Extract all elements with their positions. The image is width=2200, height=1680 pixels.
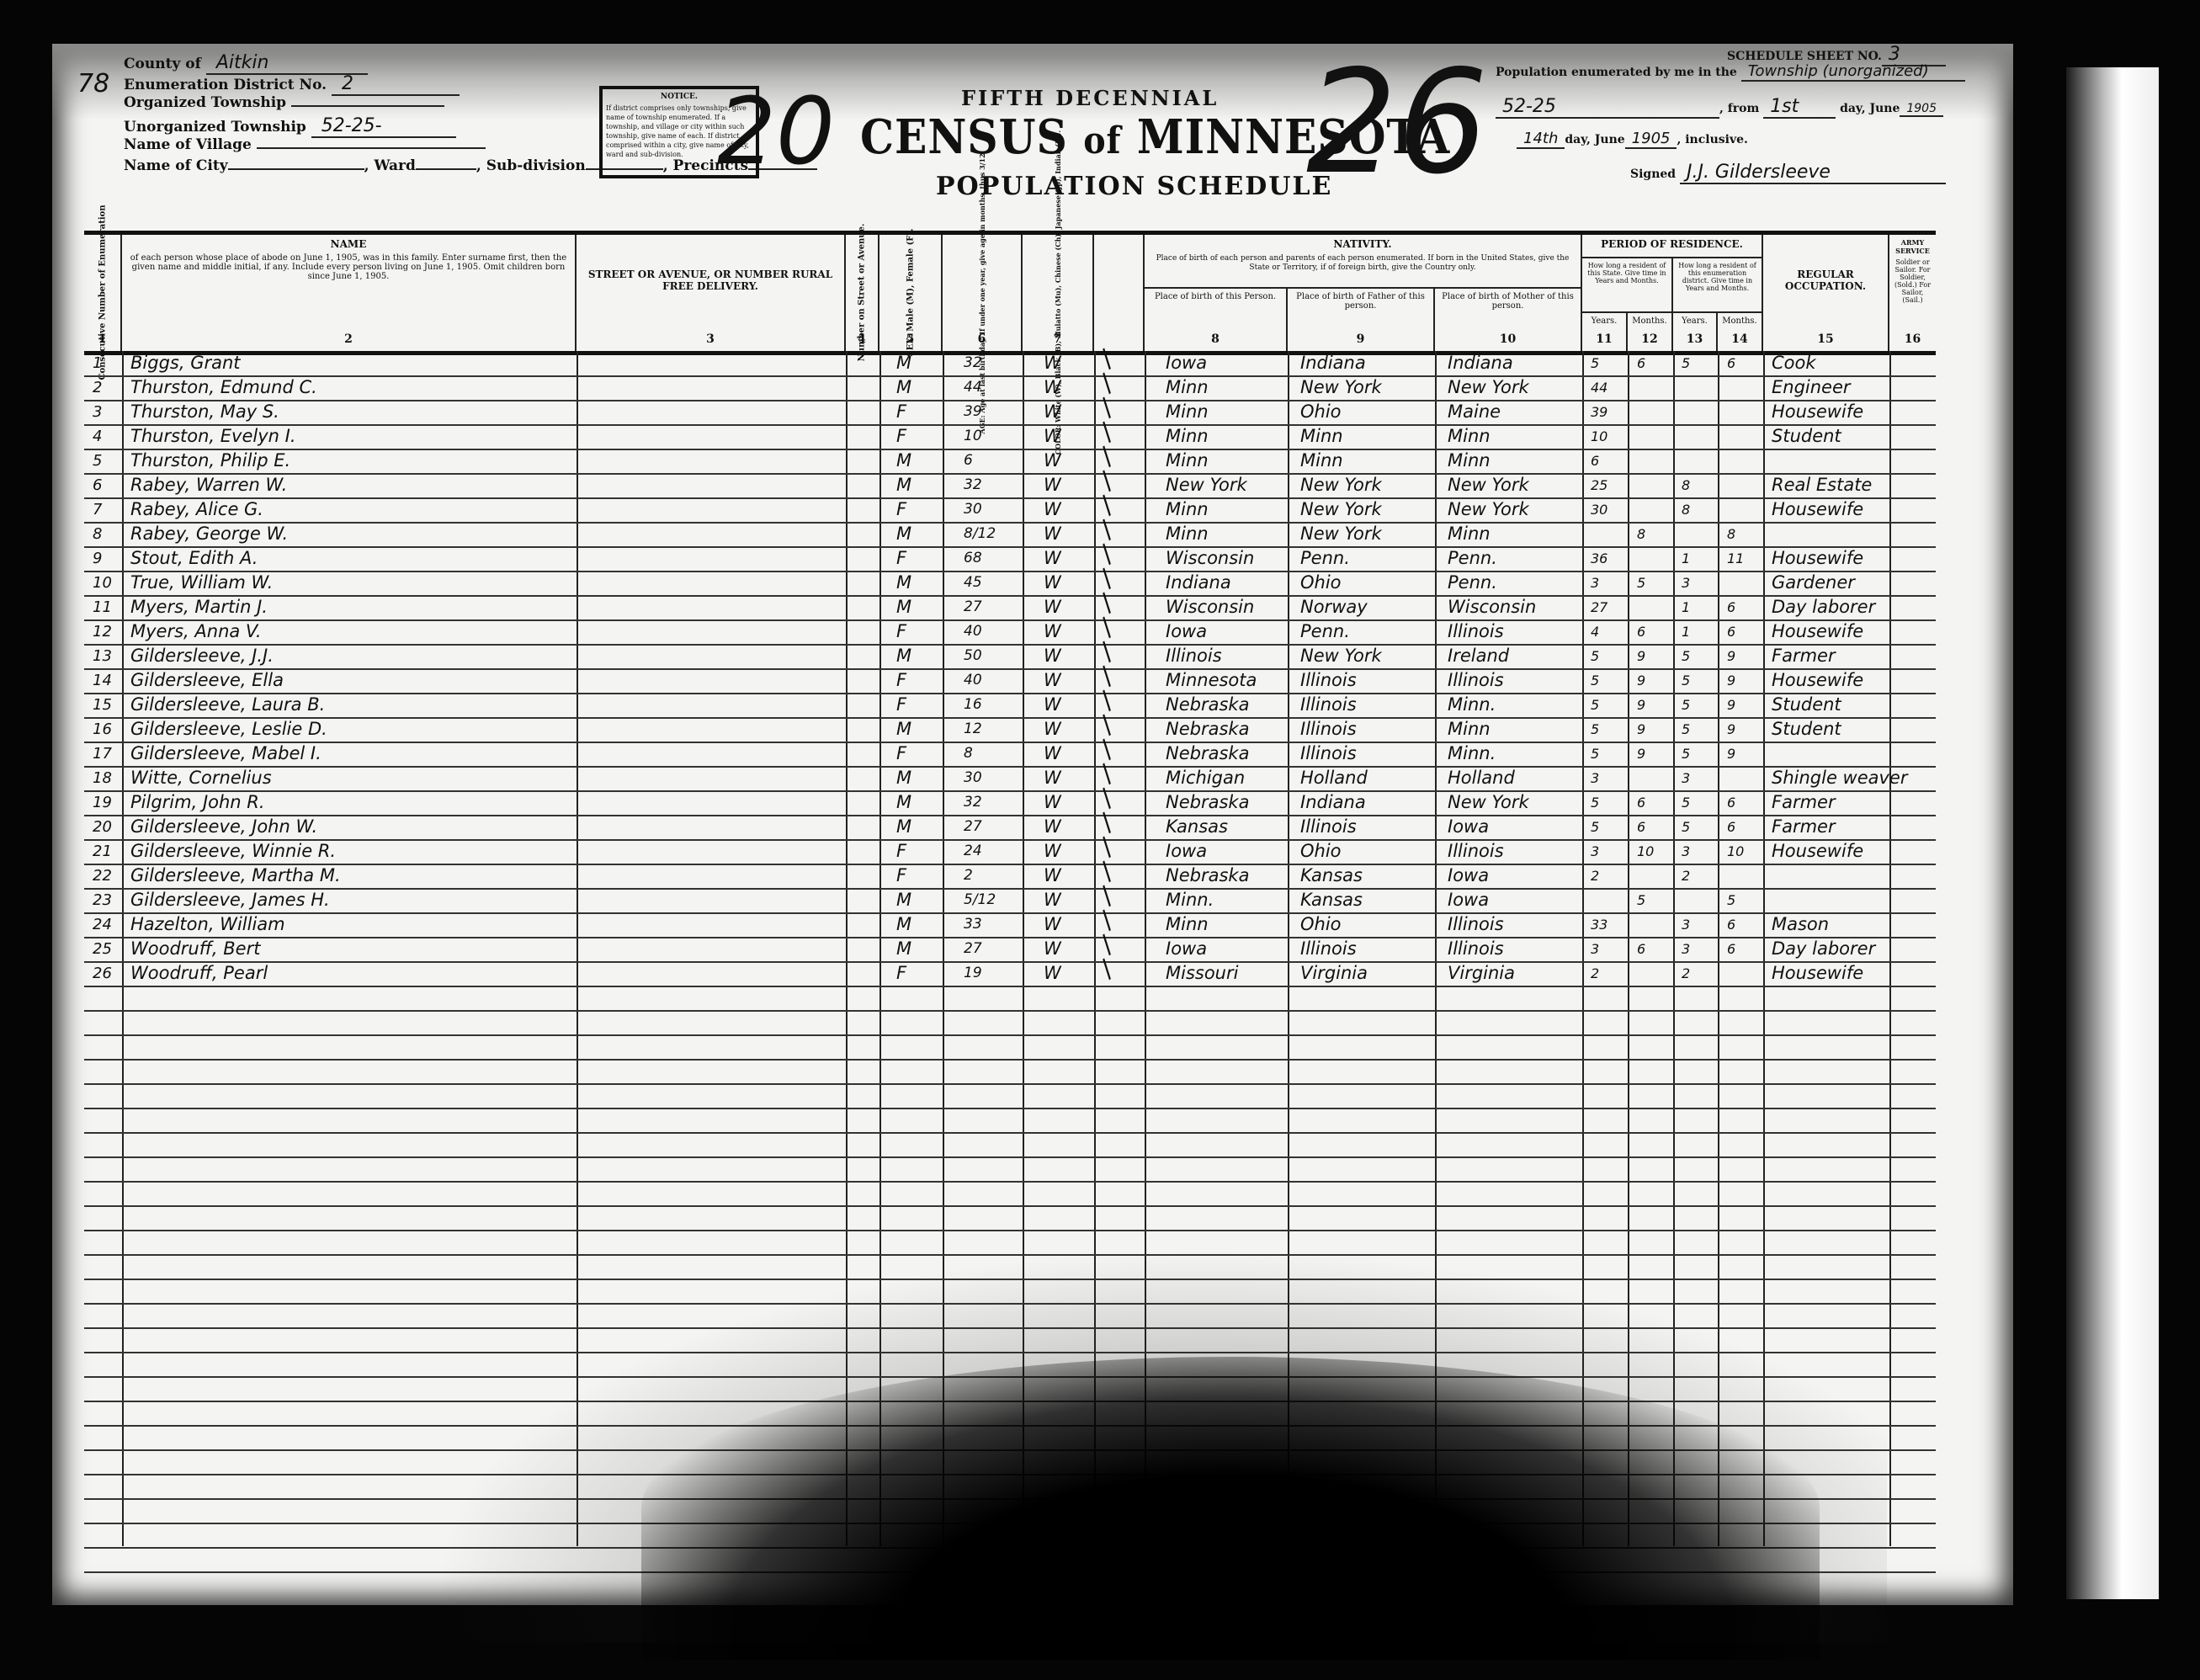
cell-dm: 9 bbox=[1727, 668, 1761, 693]
cell-age: 8/12 bbox=[964, 522, 1014, 546]
col-district-months: Months.14 bbox=[1718, 313, 1763, 351]
cell-dy: 3 bbox=[1682, 766, 1715, 790]
cell-birth: Wisconsin bbox=[1166, 546, 1288, 571]
col-sex: SEX: Male (M), Female (F).5 bbox=[879, 235, 943, 351]
cell-sex: M bbox=[896, 351, 930, 375]
cell-occ: Gardener bbox=[1772, 571, 1927, 595]
cell-color: W bbox=[1044, 864, 1077, 888]
table-row: 11Myers, Martin J.M27WWisconsinNorwayWis… bbox=[84, 595, 1936, 621]
table-row: 18Witte, CorneliusM30WMichiganHollandHol… bbox=[84, 766, 1936, 792]
cell-mother: Minn bbox=[1448, 449, 1578, 473]
table-row: 19Pilgrim, John R.M32WNebraskaIndianaNew… bbox=[84, 790, 1936, 816]
county-field: County of Aitkin bbox=[124, 52, 368, 75]
table-row: 3Thurston, May S.F39WMinnOhioMaine39Hous… bbox=[84, 400, 1936, 426]
cell-sm bbox=[1637, 375, 1671, 400]
cell-birth: Minn bbox=[1166, 522, 1288, 546]
cell-sm: 5 bbox=[1637, 571, 1671, 595]
cell-sex: M bbox=[896, 375, 930, 400]
cell-occ: Farmer bbox=[1772, 790, 1927, 815]
cell-n: 2 bbox=[93, 375, 122, 400]
cell-sm: 6 bbox=[1637, 351, 1671, 375]
col-number-on-street: Number on Street or Avenue.4 bbox=[846, 235, 879, 351]
cell-occ: Shingle weaver bbox=[1772, 766, 1927, 790]
cell-father: New York bbox=[1300, 644, 1431, 668]
cell-age: 44 bbox=[964, 375, 1014, 400]
table-row: 23Gildersleeve, James H.M5/12WMinn.Kansa… bbox=[84, 888, 1936, 914]
cell-n: 5 bbox=[93, 449, 122, 473]
cell-sex: F bbox=[896, 546, 930, 571]
cell-dm bbox=[1727, 961, 1761, 986]
cell-birth: New York bbox=[1166, 473, 1288, 497]
cell-occ: Mason bbox=[1772, 912, 1927, 937]
cell-mother: New York bbox=[1448, 473, 1578, 497]
blank-row bbox=[84, 986, 1936, 1012]
cell-birth: Minn bbox=[1166, 424, 1288, 449]
cell-sex: M bbox=[896, 595, 930, 619]
cell-dy bbox=[1682, 449, 1715, 473]
col-street: STREET OR AVENUE, OR NUMBER RURAL FREE D… bbox=[577, 235, 846, 351]
cell-dy: 5 bbox=[1682, 742, 1715, 766]
cell-name: Gildersleeve, Laura B. bbox=[130, 693, 568, 717]
cell-mother: Wisconsin bbox=[1448, 595, 1578, 619]
cell-sy: 25 bbox=[1591, 473, 1624, 497]
cell-dy: 8 bbox=[1682, 473, 1715, 497]
table-row: 7Rabey, Alice G.F30WMinnNew YorkNew York… bbox=[84, 497, 1936, 524]
table-row: 12Myers, Anna V.F40WIowaPenn.Illinois461… bbox=[84, 619, 1936, 646]
cell-n: 20 bbox=[93, 815, 122, 839]
cell-occ: Real Estate bbox=[1772, 473, 1927, 497]
blank-row bbox=[84, 1108, 1936, 1134]
cell-birth: Iowa bbox=[1166, 619, 1288, 644]
col-district-years: Years.13 bbox=[1673, 313, 1718, 351]
cell-color: W bbox=[1044, 571, 1077, 595]
cell-mother: Minn. bbox=[1448, 693, 1578, 717]
cell-father: Ohio bbox=[1300, 571, 1431, 595]
cell-sex: M bbox=[896, 790, 930, 815]
blank-row bbox=[84, 1132, 1936, 1158]
cell-sm bbox=[1637, 864, 1671, 888]
cell-sex: M bbox=[896, 937, 930, 961]
cell-father: Penn. bbox=[1300, 619, 1431, 644]
cell-dy: 5 bbox=[1682, 717, 1715, 742]
cell-name: Woodruff, Pearl bbox=[130, 961, 568, 986]
cell-sy: 44 bbox=[1591, 375, 1624, 400]
cell-sex: F bbox=[896, 400, 930, 424]
cell-color: W bbox=[1044, 790, 1077, 815]
cell-father: Penn. bbox=[1300, 546, 1431, 571]
table-row: 26Woodruff, PearlF19WMissouriVirginiaVir… bbox=[84, 961, 1936, 987]
cell-sex: M bbox=[896, 717, 930, 742]
cell-dy: 1 bbox=[1682, 619, 1715, 644]
cell-dm bbox=[1727, 571, 1761, 595]
cell-occ: Cook bbox=[1772, 351, 1927, 375]
cell-father: Illinois bbox=[1300, 742, 1431, 766]
cell-n: 7 bbox=[93, 497, 122, 522]
dark-stain bbox=[641, 1357, 1820, 1660]
cell-sex: M bbox=[896, 449, 930, 473]
cell-name: Rabey, Alice G. bbox=[130, 497, 568, 522]
cell-n: 26 bbox=[93, 961, 122, 986]
cell-color: W bbox=[1044, 693, 1077, 717]
cell-name: Biggs, Grant bbox=[130, 351, 568, 375]
cell-birth: Iowa bbox=[1166, 351, 1288, 375]
cell-occ: Day laborer bbox=[1772, 937, 1927, 961]
cell-dy bbox=[1682, 888, 1715, 912]
blank-row bbox=[84, 1181, 1936, 1207]
cell-name: Stout, Edith A. bbox=[130, 546, 568, 571]
cell-n: 22 bbox=[93, 864, 122, 888]
cell-color: W bbox=[1044, 717, 1077, 742]
cell-age: 12 bbox=[964, 717, 1014, 742]
table-row: 20Gildersleeve, John W.M27WKansasIllinoi… bbox=[84, 815, 1936, 841]
cell-father: Illinois bbox=[1300, 693, 1431, 717]
cell-birth: Minn bbox=[1166, 497, 1288, 522]
cell-sex: F bbox=[896, 693, 930, 717]
cell-sex: M bbox=[896, 473, 930, 497]
cell-name: Gildersleeve, Mabel I. bbox=[130, 742, 568, 766]
cell-father: Indiana bbox=[1300, 790, 1431, 815]
cell-mother: Virginia bbox=[1448, 961, 1578, 986]
table-row: 5Thurston, Philip E.M6WMinnMinnMinn6/ bbox=[84, 449, 1936, 475]
cell-mother: Iowa bbox=[1448, 888, 1578, 912]
cell-mother: New York bbox=[1448, 375, 1578, 400]
cell-dy: 3 bbox=[1682, 912, 1715, 937]
cell-age: 30 bbox=[964, 766, 1014, 790]
cell-sy: 10 bbox=[1591, 424, 1624, 449]
col-state-months: Months.12 bbox=[1628, 313, 1673, 351]
cell-occ: Housewife bbox=[1772, 839, 1927, 864]
cell-mother: Minn bbox=[1448, 522, 1578, 546]
table-row: 22Gildersleeve, Martha M.F2WNebraskaKans… bbox=[84, 864, 1936, 890]
cell-sy: 2 bbox=[1591, 864, 1624, 888]
cell-dy: 3 bbox=[1682, 571, 1715, 595]
col-birthplace-mother: Place of birth of Mother of this person.… bbox=[1435, 289, 1582, 351]
village-field: Name of Village bbox=[124, 136, 486, 153]
cell-sy: 3 bbox=[1591, 766, 1624, 790]
cell-age: 40 bbox=[964, 668, 1014, 693]
cell-dm bbox=[1727, 473, 1761, 497]
cell-dm bbox=[1727, 375, 1761, 400]
table-row: 17Gildersleeve, Mabel I.F8WNebraskaIllin… bbox=[84, 742, 1936, 768]
cell-n: 16 bbox=[93, 717, 122, 742]
table-row: 2Thurston, Edmund C.M44WMinnNew YorkNew … bbox=[84, 375, 1936, 401]
cell-sy: 5 bbox=[1591, 693, 1624, 717]
cell-dy bbox=[1682, 424, 1715, 449]
cell-name: Gildersleeve, James H. bbox=[130, 888, 568, 912]
cell-sy: 27 bbox=[1591, 595, 1624, 619]
cell-mother: Illinois bbox=[1448, 619, 1578, 644]
cell-occ: Housewife bbox=[1772, 961, 1927, 986]
cell-sm bbox=[1637, 497, 1671, 522]
cell-age: 27 bbox=[964, 815, 1014, 839]
cell-sex: M bbox=[896, 888, 930, 912]
title-line1: FIFTH DECENNIAL bbox=[961, 86, 1219, 110]
cell-sy: 5 bbox=[1591, 644, 1624, 668]
organized-township-field: Organized Township bbox=[124, 94, 444, 111]
cell-mother: Minn bbox=[1448, 424, 1578, 449]
cell-dm: 10 bbox=[1727, 839, 1761, 864]
cell-occ: Day laborer bbox=[1772, 595, 1927, 619]
cell-n: 19 bbox=[93, 790, 122, 815]
table-row: 1Biggs, GrantM32WIowaIndianaIndiana5656C… bbox=[84, 351, 1936, 377]
cell-dy: 5 bbox=[1682, 815, 1715, 839]
cell-name: Thurston, Philip E. bbox=[130, 449, 568, 473]
cell-sex: F bbox=[896, 619, 930, 644]
col-birthplace-father: Place of birth of Father of this person.… bbox=[1288, 289, 1435, 351]
cell-age: 68 bbox=[964, 546, 1014, 571]
cell-birth: Nebraska bbox=[1166, 717, 1288, 742]
sheet-corner-number: 78 bbox=[77, 69, 109, 98]
col-age: AGE: Age at last birthday. If under one … bbox=[943, 235, 1023, 351]
cell-sy: 5 bbox=[1591, 815, 1624, 839]
cell-dm: 6 bbox=[1727, 595, 1761, 619]
cell-father: New York bbox=[1300, 497, 1431, 522]
table-row: 6Rabey, Warren W.M32WNew YorkNew YorkNew… bbox=[84, 473, 1936, 499]
cell-age: 33 bbox=[964, 912, 1014, 937]
cell-birth: Indiana bbox=[1166, 571, 1288, 595]
cell-dm: 6 bbox=[1727, 815, 1761, 839]
cell-father: New York bbox=[1300, 375, 1431, 400]
cell-father: New York bbox=[1300, 522, 1431, 546]
cell-dy bbox=[1682, 400, 1715, 424]
cell-sm bbox=[1637, 912, 1671, 937]
cell-occ: Farmer bbox=[1772, 644, 1927, 668]
cell-birth: Nebraska bbox=[1166, 742, 1288, 766]
cell-sex: M bbox=[896, 644, 930, 668]
cell-name: Rabey, George W. bbox=[130, 522, 568, 546]
blank-row bbox=[84, 1059, 1936, 1085]
cell-sy: 39 bbox=[1591, 400, 1624, 424]
cell-mother: Holland bbox=[1448, 766, 1578, 790]
cell-color: W bbox=[1044, 742, 1077, 766]
cell-dy bbox=[1682, 522, 1715, 546]
cell-occ: Engineer bbox=[1772, 375, 1927, 400]
cell-occ: Housewife bbox=[1772, 668, 1927, 693]
cell-dm bbox=[1727, 449, 1761, 473]
cell-sy: 30 bbox=[1591, 497, 1624, 522]
table-row: 4Thurston, Evelyn I.F10WMinnMinnMinn10St… bbox=[84, 424, 1936, 450]
cell-sm bbox=[1637, 595, 1671, 619]
cell-dm: 6 bbox=[1727, 351, 1761, 375]
cell-father: Illinois bbox=[1300, 937, 1431, 961]
cell-age: 32 bbox=[964, 473, 1014, 497]
cell-sm: 6 bbox=[1637, 790, 1671, 815]
cell-mother: New York bbox=[1448, 790, 1578, 815]
cell-name: Witte, Cornelius bbox=[130, 766, 568, 790]
cell-sy bbox=[1591, 522, 1624, 546]
cell-mother: Ireland bbox=[1448, 644, 1578, 668]
cell-color: W bbox=[1044, 668, 1077, 693]
cell-name: Hazelton, William bbox=[130, 912, 568, 937]
cell-sy: 3 bbox=[1591, 937, 1624, 961]
col-blank bbox=[1094, 235, 1145, 351]
cell-sm bbox=[1637, 473, 1671, 497]
cell-occ bbox=[1772, 742, 1927, 766]
cell-color: W bbox=[1044, 888, 1077, 912]
cell-sy: 4 bbox=[1591, 619, 1624, 644]
cell-name: Thurston, Evelyn I. bbox=[130, 424, 568, 449]
cell-father: Minn bbox=[1300, 449, 1431, 473]
cell-sex: F bbox=[896, 864, 930, 888]
cell-mother: Illinois bbox=[1448, 839, 1578, 864]
cell-color: W bbox=[1044, 375, 1077, 400]
cell-dm bbox=[1727, 864, 1761, 888]
cell-mother: Minn bbox=[1448, 717, 1578, 742]
cell-sm: 6 bbox=[1637, 937, 1671, 961]
cell-dy: 2 bbox=[1682, 864, 1715, 888]
cell-age: 27 bbox=[964, 595, 1014, 619]
cell-father: Kansas bbox=[1300, 888, 1431, 912]
cell-n: 14 bbox=[93, 668, 122, 693]
cell-age: 19 bbox=[964, 961, 1014, 986]
cell-sy: 36 bbox=[1591, 546, 1624, 571]
cell-name: Gildersleeve, Winnie R. bbox=[130, 839, 568, 864]
cell-sy: 2 bbox=[1591, 961, 1624, 986]
cell-age: 45 bbox=[964, 571, 1014, 595]
cell-dm bbox=[1727, 424, 1761, 449]
cell-color: W bbox=[1044, 815, 1077, 839]
cell-father: New York bbox=[1300, 473, 1431, 497]
cell-n: 12 bbox=[93, 619, 122, 644]
cell-birth: Minn bbox=[1166, 375, 1288, 400]
cell-mother: Iowa bbox=[1448, 864, 1578, 888]
table-row: 10True, William W.M45WIndianaOhioPenn.35… bbox=[84, 571, 1936, 597]
cell-sex: F bbox=[896, 839, 930, 864]
cell-dy: 5 bbox=[1682, 644, 1715, 668]
table-header: Consecutive Number of Enumeration1 NAMEo… bbox=[84, 231, 1936, 355]
cell-sex: M bbox=[896, 522, 930, 546]
cell-dm bbox=[1727, 400, 1761, 424]
cell-birth: Nebraska bbox=[1166, 790, 1288, 815]
cell-n: 23 bbox=[93, 888, 122, 912]
date-to-field: 14thday, June1905, inclusive. bbox=[1517, 130, 1748, 149]
cell-sy: 5 bbox=[1591, 717, 1624, 742]
enumerated-field: Population enumerated by me in the Towns… bbox=[1496, 62, 1965, 82]
cell-sm: 5 bbox=[1637, 888, 1671, 912]
cell-mother: Illinois bbox=[1448, 912, 1578, 937]
cell-sm: 9 bbox=[1637, 717, 1671, 742]
cell-birth: Wisconsin bbox=[1166, 595, 1288, 619]
unorganized-township-field: Unorganized Township 52-25- bbox=[124, 115, 456, 138]
cell-sy: 5 bbox=[1591, 668, 1624, 693]
cell-color: W bbox=[1044, 546, 1077, 571]
cell-n: 4 bbox=[93, 424, 122, 449]
cell-mother: Minn. bbox=[1448, 742, 1578, 766]
cell-n: 8 bbox=[93, 522, 122, 546]
cell-sm bbox=[1637, 400, 1671, 424]
cell-color: W bbox=[1044, 839, 1077, 864]
cell-sex: M bbox=[896, 766, 930, 790]
col-army-service: ARMY SERVICESoldier or Sailor. For Soldi… bbox=[1889, 235, 1936, 351]
cell-sex: M bbox=[896, 571, 930, 595]
cell-color: W bbox=[1044, 522, 1077, 546]
cell-n: 25 bbox=[93, 937, 122, 961]
cell-dy: 3 bbox=[1682, 839, 1715, 864]
cell-occ: Housewife bbox=[1772, 619, 1927, 644]
cell-n: 18 bbox=[93, 766, 122, 790]
col-residence-district: How long a resident of this enumeration … bbox=[1673, 258, 1763, 313]
cell-occ: Housewife bbox=[1772, 400, 1927, 424]
cell-father: Illinois bbox=[1300, 717, 1431, 742]
cell-birth: Minn bbox=[1166, 400, 1288, 424]
table-row: 25Woodruff, BertM27WIowaIllinoisIllinois… bbox=[84, 937, 1936, 963]
table-row: 15Gildersleeve, Laura B.F16WNebraskaIlli… bbox=[84, 693, 1936, 719]
cell-birth: Minn. bbox=[1166, 888, 1288, 912]
cell-name: Pilgrim, John R. bbox=[130, 790, 568, 815]
cell-mother: Penn. bbox=[1448, 571, 1578, 595]
blank-row bbox=[84, 1010, 1936, 1036]
cell-sm: 9 bbox=[1637, 668, 1671, 693]
cell-color: W bbox=[1044, 473, 1077, 497]
cell-sy bbox=[1591, 888, 1624, 912]
cell-name: Gildersleeve, John W. bbox=[130, 815, 568, 839]
cell-birth: Nebraska bbox=[1166, 693, 1288, 717]
cell-sex: F bbox=[896, 497, 930, 522]
cell-age: 50 bbox=[964, 644, 1014, 668]
cell-father: Ohio bbox=[1300, 912, 1431, 937]
census-sheet: 78 County of Aitkin Enumeration District… bbox=[52, 44, 2013, 1605]
cell-dy: 5 bbox=[1682, 790, 1715, 815]
cell-mother: New York bbox=[1448, 497, 1578, 522]
cell-name: Gildersleeve, Martha M. bbox=[130, 864, 568, 888]
cell-sex: F bbox=[896, 668, 930, 693]
cell-sm: 6 bbox=[1637, 619, 1671, 644]
cell-n: 11 bbox=[93, 595, 122, 619]
col-residence-group: PERIOD OF RESIDENCE. bbox=[1582, 235, 1763, 258]
cell-color: W bbox=[1044, 644, 1077, 668]
cell-occ: Farmer bbox=[1772, 815, 1927, 839]
cell-sm: 9 bbox=[1637, 693, 1671, 717]
cell-father: Minn bbox=[1300, 424, 1431, 449]
cell-sm: 9 bbox=[1637, 742, 1671, 766]
cell-sm: 6 bbox=[1637, 815, 1671, 839]
cell-occ: Student bbox=[1772, 693, 1927, 717]
cell-sy: 3 bbox=[1591, 839, 1624, 864]
cell-n: 10 bbox=[93, 571, 122, 595]
cell-n: 15 bbox=[93, 693, 122, 717]
cell-n: 1 bbox=[93, 351, 122, 375]
cell-dy: 2 bbox=[1682, 961, 1715, 986]
cell-color: W bbox=[1044, 449, 1077, 473]
cell-n: 9 bbox=[93, 546, 122, 571]
cell-birth: Minn bbox=[1166, 912, 1288, 937]
cell-father: Kansas bbox=[1300, 864, 1431, 888]
cell-age: 6 bbox=[964, 449, 1014, 473]
district-field: Enumeration District No. 2 bbox=[124, 73, 460, 96]
cell-name: Woodruff, Bert bbox=[130, 937, 568, 961]
blank-row bbox=[84, 1156, 1936, 1183]
cell-mother: Indiana bbox=[1448, 351, 1578, 375]
cell-birth: Michigan bbox=[1166, 766, 1288, 790]
cell-sex: M bbox=[896, 912, 930, 937]
cell-dm bbox=[1727, 766, 1761, 790]
cell-age: 8 bbox=[964, 742, 1014, 766]
table-row: 24Hazelton, WilliamM33WMinnOhioIllinois3… bbox=[84, 912, 1936, 938]
cell-sy: 33 bbox=[1591, 912, 1624, 937]
date-from-field: 52-25, from 1st day, June1905 bbox=[1496, 96, 1943, 119]
cell-sy: 5 bbox=[1591, 790, 1624, 815]
cell-sex: F bbox=[896, 424, 930, 449]
cell-color: W bbox=[1044, 400, 1077, 424]
cell-dm bbox=[1727, 497, 1761, 522]
cell-dy: 3 bbox=[1682, 937, 1715, 961]
cell-occ: Student bbox=[1772, 424, 1927, 449]
cell-occ bbox=[1772, 449, 1927, 473]
cell-color: W bbox=[1044, 961, 1077, 986]
cell-dy: 1 bbox=[1682, 546, 1715, 571]
cell-dm: 9 bbox=[1727, 742, 1761, 766]
cell-n: 21 bbox=[93, 839, 122, 864]
